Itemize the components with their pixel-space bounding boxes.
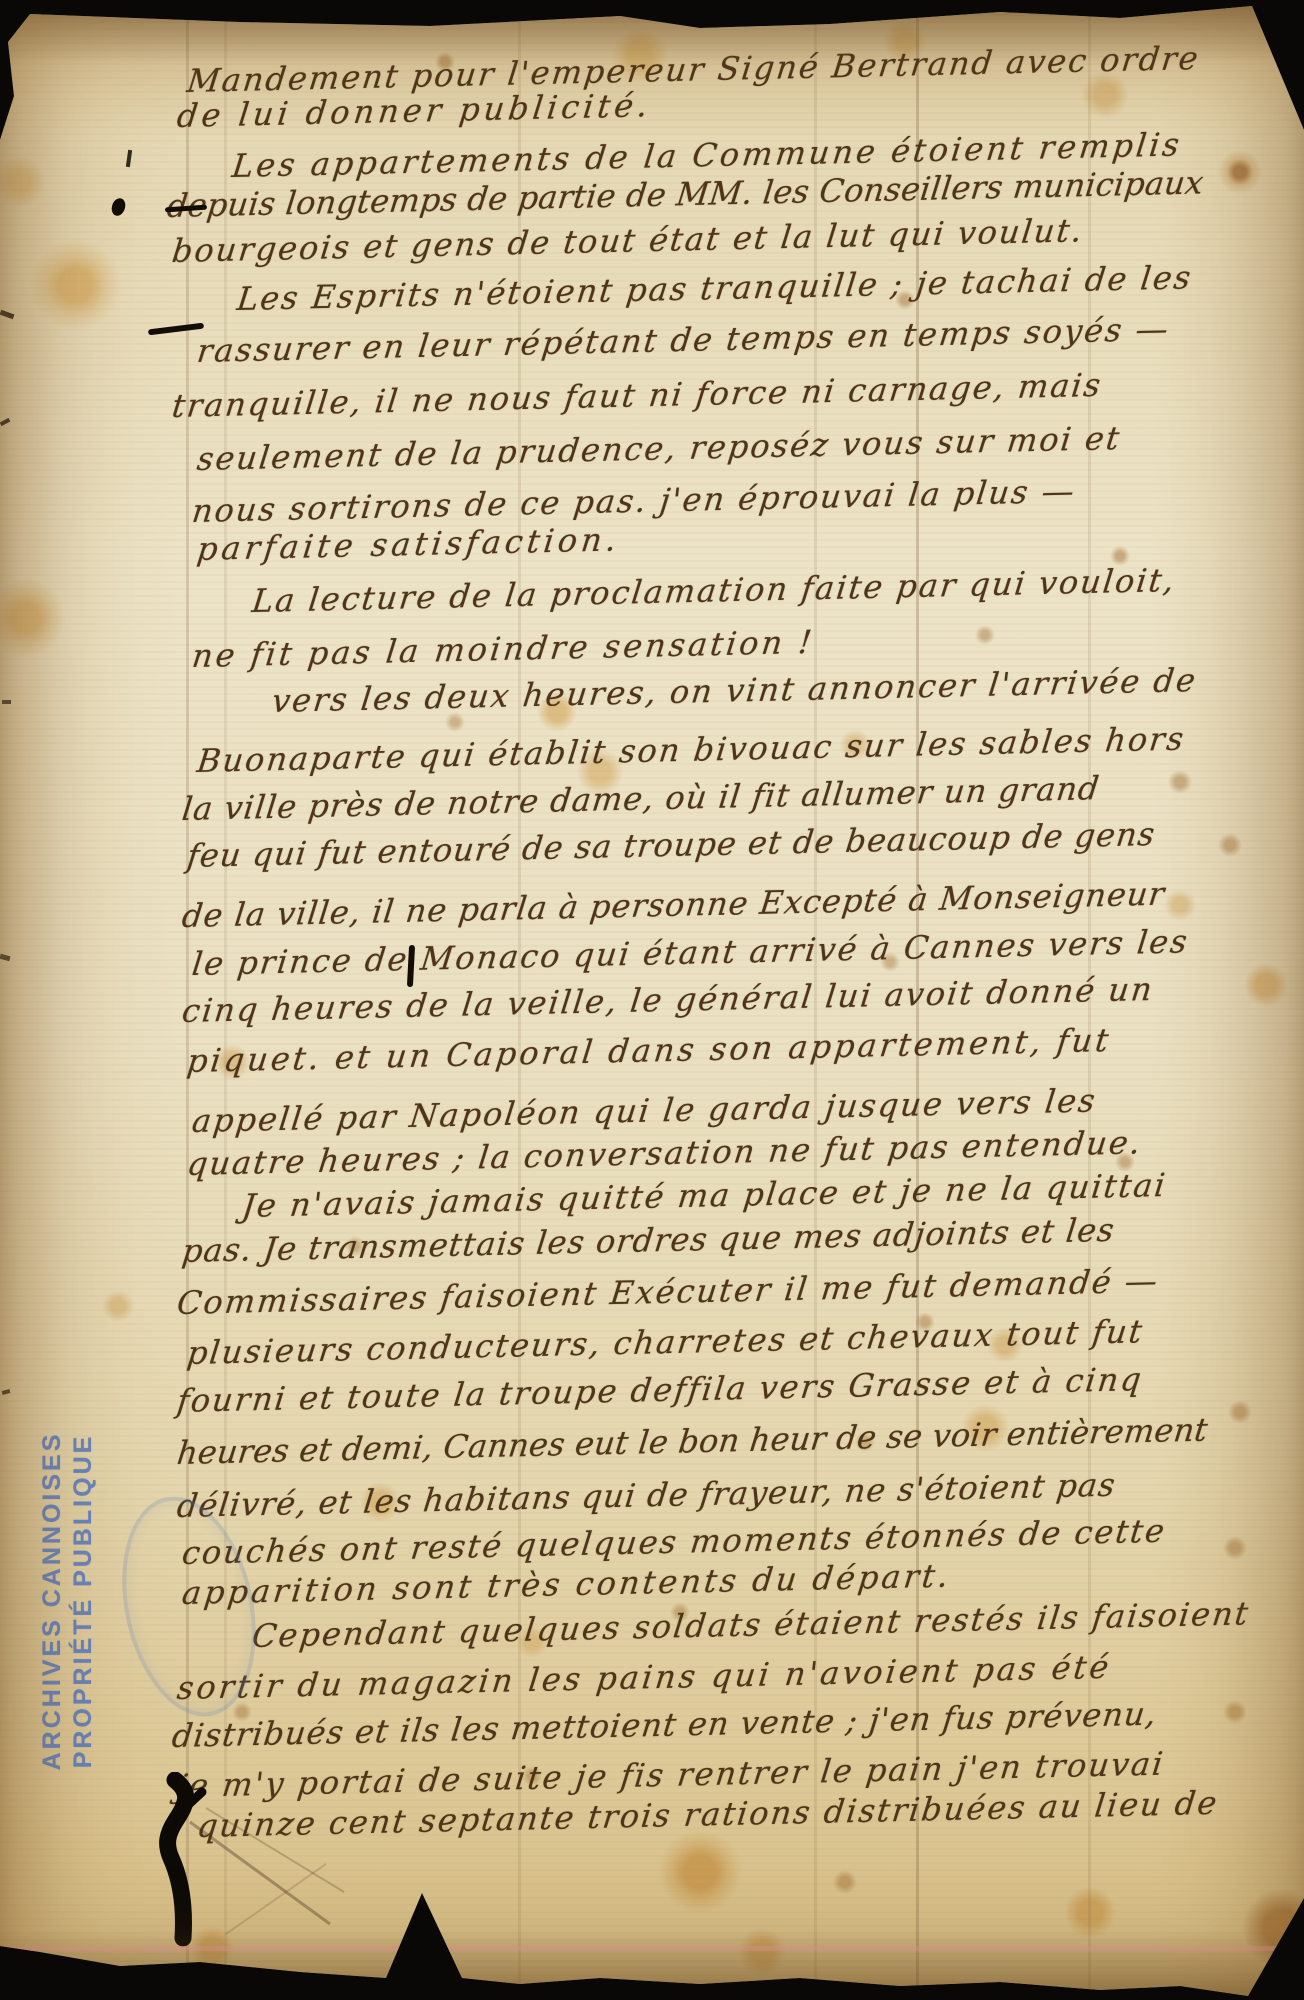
scanned-document: Mandement pour l'empereur Signé Bertrand… (0, 0, 1304, 2000)
manuscript-page: Mandement pour l'empereur Signé Bertrand… (0, 0, 1304, 2000)
page-vignette (0, 0, 1304, 2000)
